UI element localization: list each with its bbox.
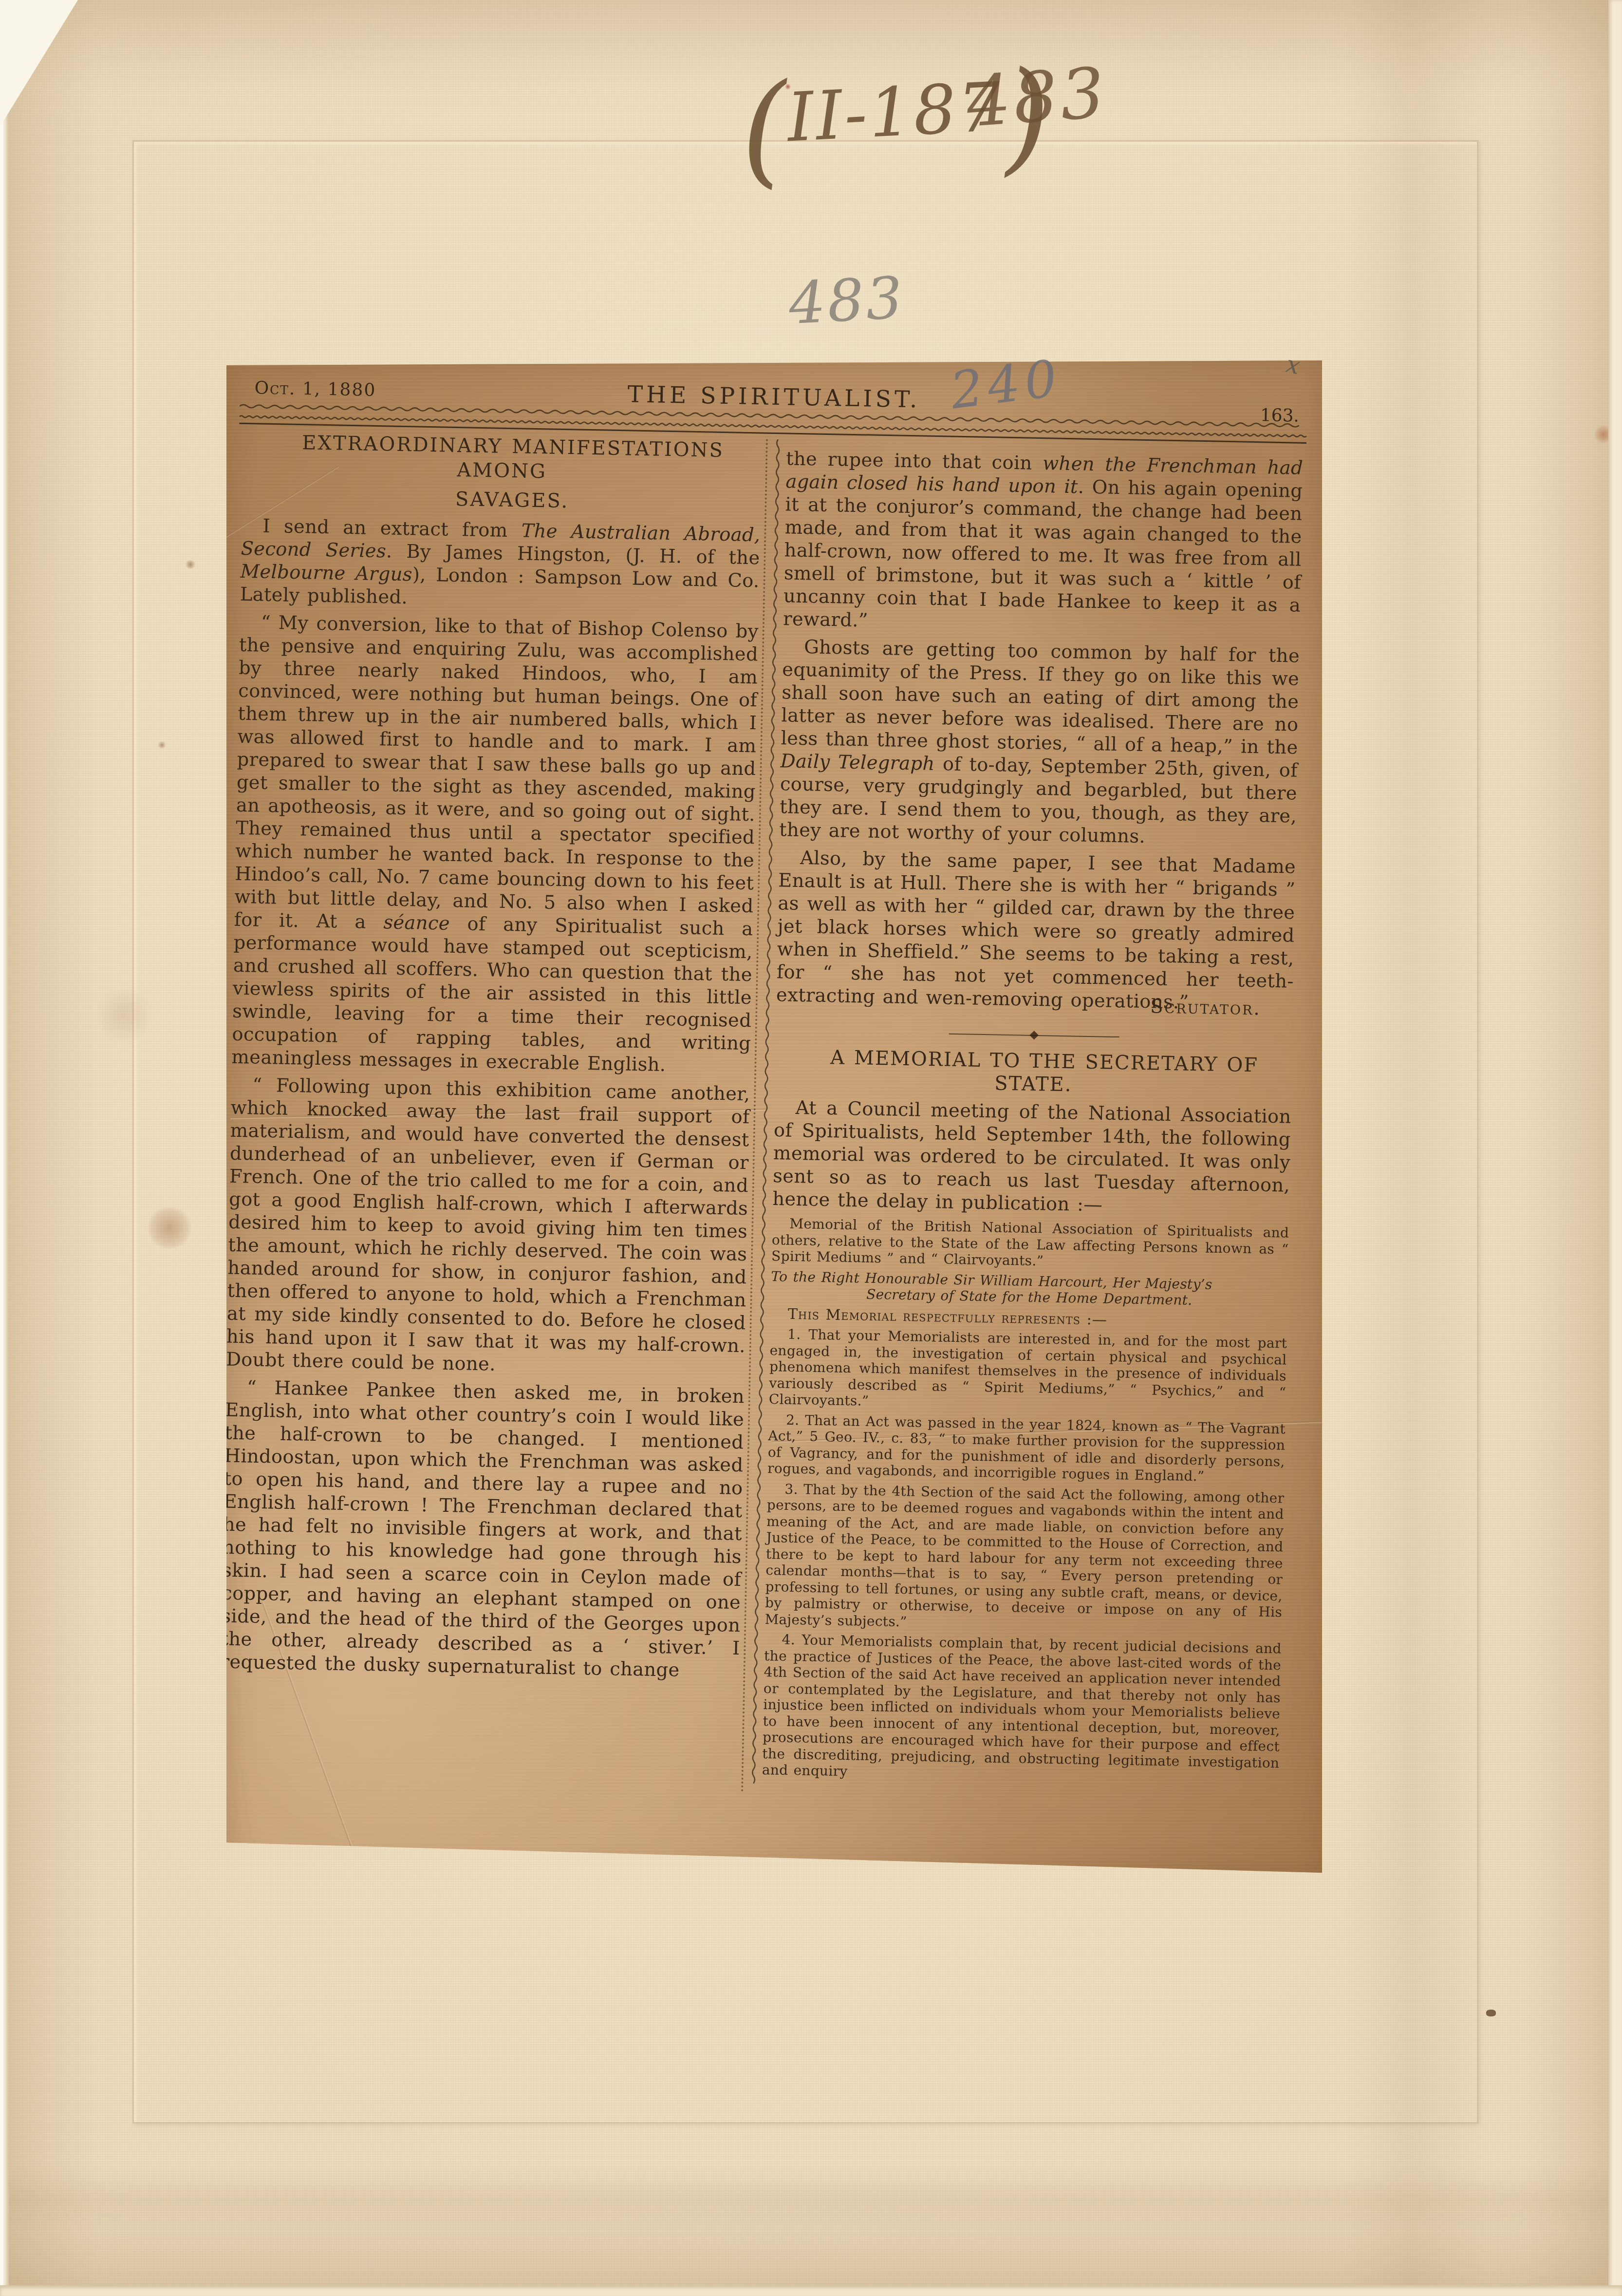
annotation-number-pencil: 483 bbox=[787, 264, 906, 337]
paper-fold-shadow-horizontal bbox=[0, 2163, 1622, 2231]
paragraph: the rupee into that coin when the French… bbox=[783, 447, 1304, 640]
memorial-address: To the Right Honourable Sir William Harc… bbox=[771, 1268, 1288, 1310]
text-run: “ Following upon this exhibition came an… bbox=[226, 1074, 750, 1375]
stain-spot bbox=[185, 560, 196, 569]
memorial-items: 1. That your Memorialists are interested… bbox=[762, 1326, 1287, 1788]
paragraph: 4. Your Memorialists complain that, by r… bbox=[762, 1631, 1282, 1788]
text-run: Also, by the same paper, I see that Mada… bbox=[776, 847, 1296, 1014]
column-left: EXTRAORDINARY MANIFESTATIONS AMONG SAVAG… bbox=[226, 430, 762, 1782]
article-savages-right-body: the rupee into that coin when the French… bbox=[776, 447, 1304, 1016]
italic-text: séance bbox=[383, 911, 450, 934]
scanned-page: Oct. 1, 1880 THE SPIRITUALIST. 163. EXTR… bbox=[0, 0, 1622, 2296]
stain-spot bbox=[1486, 2010, 1496, 2016]
text-run: of any Spiritualist such a performance w… bbox=[231, 913, 753, 1076]
article-headline-line1: EXTRAORDINARY MANIFESTATIONS AMONG bbox=[242, 430, 762, 488]
paragraph: 2. That an Act was passed in the year 18… bbox=[767, 1411, 1286, 1486]
paragraph: I send an extract from The Australian Ab… bbox=[240, 514, 760, 616]
memorial-headline: A MEMORIAL TO THE SECRETARY OF STATE. bbox=[774, 1045, 1292, 1100]
text-run: 4. Your Memorialists complain that, by r… bbox=[762, 1632, 1282, 1780]
text-run: 2. That an Act was passed in the year 18… bbox=[767, 1411, 1286, 1484]
text-run: “ Hankee Pankee then asked me, in broken… bbox=[226, 1376, 745, 1681]
article-headline-line2: SAVAGES. bbox=[242, 483, 761, 517]
paragraph: Also, by the same paper, I see that Mada… bbox=[776, 846, 1296, 1016]
paragraph: Ghosts are getting too common by half fo… bbox=[779, 635, 1300, 850]
text-run: 1. That your Memorialists are interested… bbox=[769, 1326, 1287, 1409]
text-run: . On his again opening it at the conjuro… bbox=[783, 476, 1303, 631]
paragraph: 1. That your Memorialists are interested… bbox=[769, 1326, 1287, 1417]
memorial-intro: At a Council meeting of the National Ass… bbox=[772, 1096, 1291, 1220]
sheet-edge-right bbox=[1608, 0, 1622, 2296]
newspaper-clipping: Oct. 1, 1880 THE SPIRITUALIST. 163. EXTR… bbox=[226, 360, 1322, 1873]
scan-background-left bbox=[0, 0, 3, 2296]
clipping-printed-area: Oct. 1, 1880 THE SPIRITUALIST. 163. EXTR… bbox=[226, 360, 1322, 1873]
column-right: the rupee into that coin when the French… bbox=[762, 439, 1303, 1791]
section-divider-ornament-icon bbox=[949, 1029, 1119, 1042]
stain-spot bbox=[158, 741, 166, 749]
stain-spot bbox=[93, 989, 156, 1042]
text-run: At a Council meeting of the National Ass… bbox=[772, 1097, 1291, 1216]
text-run: Ghosts are getting too common by half fo… bbox=[781, 636, 1300, 759]
italic-text: Daily Telegraph bbox=[780, 750, 935, 775]
paragraph: “ Hankee Pankee then asked me, in broken… bbox=[226, 1376, 745, 1683]
paragraph: “ My conversion, like to that of Bishop … bbox=[231, 611, 759, 1078]
text-run: “ My conversion, like to that of Bishop … bbox=[234, 612, 759, 934]
paragraph: At a Council meeting of the National Ass… bbox=[772, 1096, 1291, 1220]
memorial-preamble: Memorial of the British National Associa… bbox=[771, 1215, 1289, 1274]
column-layout: EXTRAORDINARY MANIFESTATIONS AMONG SAVAG… bbox=[226, 430, 1304, 1791]
annotation-number-ink: 483 bbox=[964, 53, 1110, 143]
catalog-open-paren: ( bbox=[737, 57, 792, 202]
article-savages-left-body: I send an extract from The Australian Ab… bbox=[226, 514, 761, 1683]
text-run: I send an extract from bbox=[262, 515, 522, 542]
paragraph: “ Following upon this exhibition came an… bbox=[226, 1073, 750, 1380]
text-run: 3. That by the 4th Section of the said A… bbox=[764, 1481, 1284, 1630]
memorial-small-text: Memorial of the British National Associa… bbox=[762, 1215, 1289, 1788]
italic-text: Melbourne Argus bbox=[240, 561, 412, 585]
stain-spot bbox=[146, 1207, 193, 1249]
text-run: the rupee into that coin bbox=[786, 448, 1043, 474]
paragraph: 3. That by the 4th Section of the said A… bbox=[764, 1481, 1284, 1637]
sheet-edge-bottom bbox=[0, 2285, 1622, 2296]
